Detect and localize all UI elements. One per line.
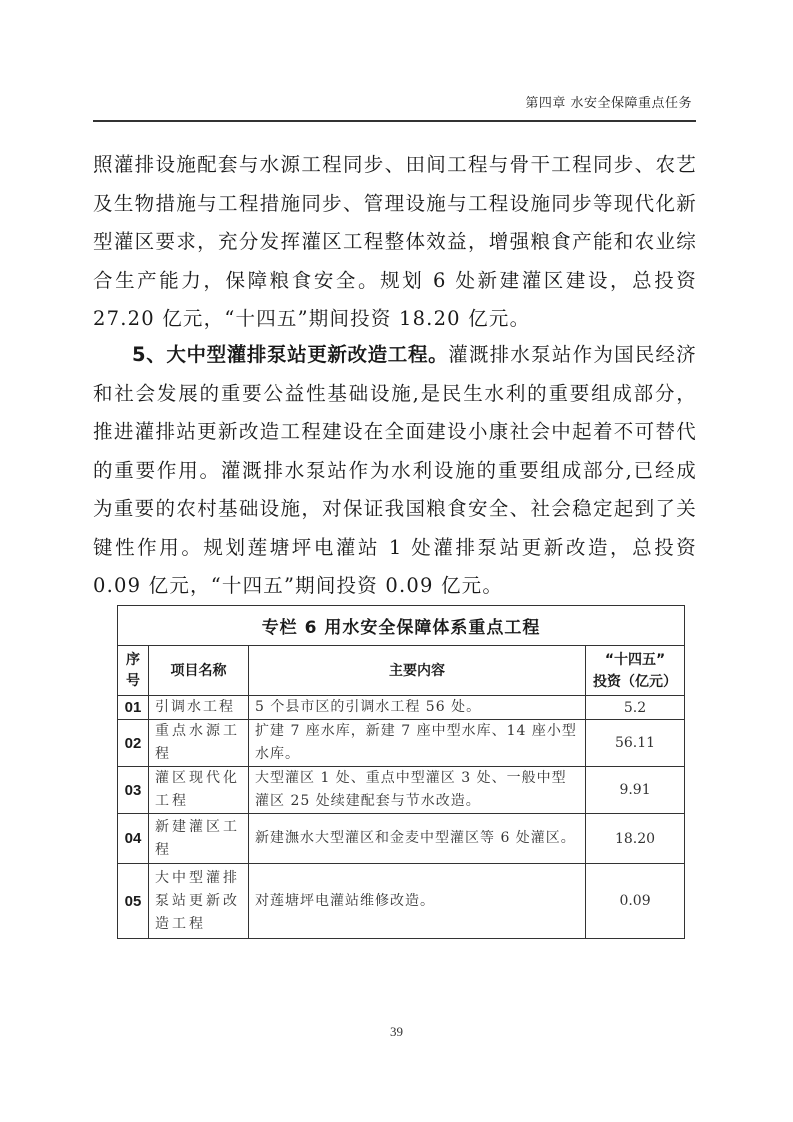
- header-num: 序号: [118, 646, 149, 696]
- table-title-row: 专栏 6 用水安全保障体系重点工程: [118, 606, 685, 646]
- row-name: 引调水工程: [149, 696, 249, 720]
- table-title: 专栏 6 用水安全保障体系重点工程: [118, 606, 685, 646]
- header-investment: “十四五” 投资（亿元）: [586, 646, 685, 696]
- table-header-row: 序号 项目名称 主要内容 “十四五” 投资（亿元）: [118, 646, 685, 696]
- header-investment-line1: “十四五”: [586, 649, 684, 671]
- row-content: 5 个县市区的引调水工程 56 处。: [249, 696, 586, 720]
- paragraph-irrigation-continued: 照灌排设施配套与水源工程同步、田间工程与骨干工程同步、农艺及生物措施与工程措施同…: [93, 146, 697, 339]
- page-number: 39: [0, 1024, 793, 1040]
- row-investment: 0.09: [586, 864, 685, 939]
- row-num: 04: [118, 814, 149, 864]
- header-content: 主要内容: [249, 646, 586, 696]
- header-name: 项目名称: [149, 646, 249, 696]
- header-investment-line2: 投资（亿元）: [586, 671, 684, 693]
- row-investment: 5.2: [586, 696, 685, 720]
- row-content: 新建潕水大型灌区和金麦中型灌区等 6 处灌区。: [249, 814, 586, 864]
- table-row: 04 新建灌区工程 新建潕水大型灌区和金麦中型灌区等 6 处灌区。 18.20: [118, 814, 685, 864]
- paragraph-text: 照灌排设施配套与水源工程同步、田间工程与骨干工程同步、农艺及生物措施与工程措施同…: [93, 153, 697, 330]
- row-content: 大型灌区 1 处、重点中型灌区 3 处、一般中型灌区 25 处续建配套与节水改造…: [249, 767, 586, 814]
- table-row: 02 重点水源工程 扩建 7 座水库，新建 7 座中型水库、14 座小型水库。 …: [118, 720, 685, 767]
- row-name: 大中型灌排泵站更新改造工程: [149, 864, 249, 939]
- row-num: 05: [118, 864, 149, 939]
- table-row: 01 引调水工程 5 个县市区的引调水工程 56 处。 5.2: [118, 696, 685, 720]
- row-investment: 18.20: [586, 814, 685, 864]
- key-projects-table: 专栏 6 用水安全保障体系重点工程 序号 项目名称 主要内容 “十四五” 投资（…: [117, 605, 685, 939]
- row-investment: 56.11: [586, 720, 685, 767]
- table-row: 05 大中型灌排泵站更新改造工程 对莲塘坪电灌站维修改造。 0.09: [118, 864, 685, 939]
- row-name: 重点水源工程: [149, 720, 249, 767]
- row-name: 灌区现代化工程: [149, 767, 249, 814]
- row-num: 02: [118, 720, 149, 767]
- paragraph-bold-heading: 5、大中型灌排泵站更新改造工程。: [132, 343, 448, 366]
- paragraph-text: 灌溉排水泵站作为国民经济和社会发展的重要公益性基础设施,是民生水利的重要组成部分…: [93, 343, 697, 597]
- paragraph-pump-station: 5、大中型灌排泵站更新改造工程。灌溉排水泵站作为国民经济和社会发展的重要公益性基…: [93, 336, 697, 606]
- header-num-label: 序号: [125, 650, 141, 692]
- row-investment: 9.91: [586, 767, 685, 814]
- row-num: 03: [118, 767, 149, 814]
- header-divider: [93, 120, 696, 122]
- row-num: 01: [118, 696, 149, 720]
- chapter-header-title: 第四章 水安全保障重点任务: [525, 92, 692, 111]
- row-content: 扩建 7 座水库，新建 7 座中型水库、14 座小型水库。: [249, 720, 586, 767]
- row-name: 新建灌区工程: [149, 814, 249, 864]
- row-content: 对莲塘坪电灌站维修改造。: [249, 864, 586, 939]
- table-row: 03 灌区现代化工程 大型灌区 1 处、重点中型灌区 3 处、一般中型灌区 25…: [118, 767, 685, 814]
